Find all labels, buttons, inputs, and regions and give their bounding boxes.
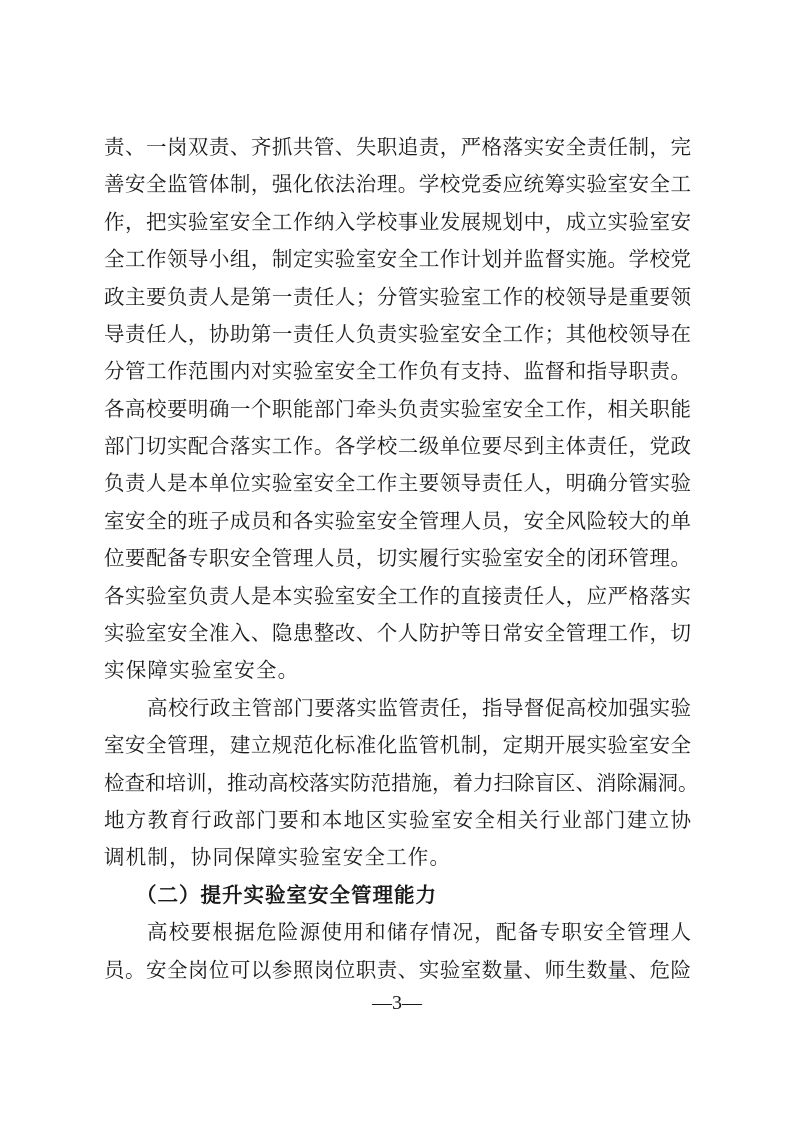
paragraph-1-line-10: 负责人是本单位实验室安全工作主要领导责任人，明确分管实验 [104,468,691,498]
paragraph-1-line-7: 分管工作范围内对实验室安全工作负有支持、监督和指导职责。 [104,356,691,386]
paragraph-1-line-8: 各高校要明确一个职能部门牵头负责实验室安全工作，相关职能 [104,394,691,424]
paragraph-1-line-15: 实保障实验室安全。 [104,655,691,685]
paragraph-2-line-5: 调机制，协同保障实验室安全工作。 [104,842,691,872]
page-number: —3— [0,990,794,1016]
paragraph-1-line-11: 室安全的班子成员和各实验室安全管理人员，安全风险较大的单 [104,506,691,536]
paragraph-2-line-2: 室安全管理，建立规范化标准化监管机制，定期开展实验室安全 [104,730,691,760]
paragraph-1-line-2: 善安全监管体制，强化依法治理。学校党委应统筹实验室安全工 [104,169,691,199]
paragraph-1-line-13: 各实验室负责人是本实验室安全工作的直接责任人，应严格落实 [104,581,691,611]
paragraph-1-line-1: 责、一岗双责、齐抓共管、失职追责，严格落实安全责任制，完 [104,132,691,162]
paragraph-2-line-4: 地方教育行政部门要和本地区实验室安全相关行业部门建立协 [104,805,691,835]
paragraph-2-line-1: 高校行政主管部门要落实监管责任，指导督促高校加强实验 [147,693,691,723]
paragraph-1-line-3: 作，把实验室安全工作纳入学校事业发展规划中，成立实验室安 [104,207,691,237]
paragraph-1-line-12: 位要配备专职安全管理人员，切实履行实验室安全的闭环管理。 [104,543,691,573]
document-page: 责、一岗双责、齐抓共管、失职追责，严格落实安全责任制，完 善安全监管体制，强化依… [0,0,794,1123]
section-heading: （二）提升实验室安全管理能力 [136,880,680,910]
paragraph-3-line-2: 员。安全岗位可以参照岗位职责、实验室数量、师生数量、危险 [104,955,691,985]
paragraph-1-line-9: 部门切实配合落实工作。各学校二级单位要尽到主体责任，党政 [104,431,691,461]
paragraph-1-line-6: 导责任人，协助第一责任人负责实验室安全工作；其他校领导在 [104,319,691,349]
paragraph-1-line-5: 政主要负责人是第一责任人；分管实验室工作的校领导是重要领 [104,282,691,312]
paragraph-1-line-4: 全工作领导小组，制定实验室安全工作计划并监督实施。学校党 [104,244,691,274]
paragraph-1-line-14: 实验室安全准入、隐患整改、个人防护等日常安全管理工作，切 [104,618,691,648]
paragraph-3-line-1: 高校要根据危险源使用和储存情况，配备专职安全管理人 [147,917,691,947]
paragraph-2-line-3: 检查和培训，推动高校落实防范措施，着力扫除盲区、消除漏洞。 [104,768,691,798]
